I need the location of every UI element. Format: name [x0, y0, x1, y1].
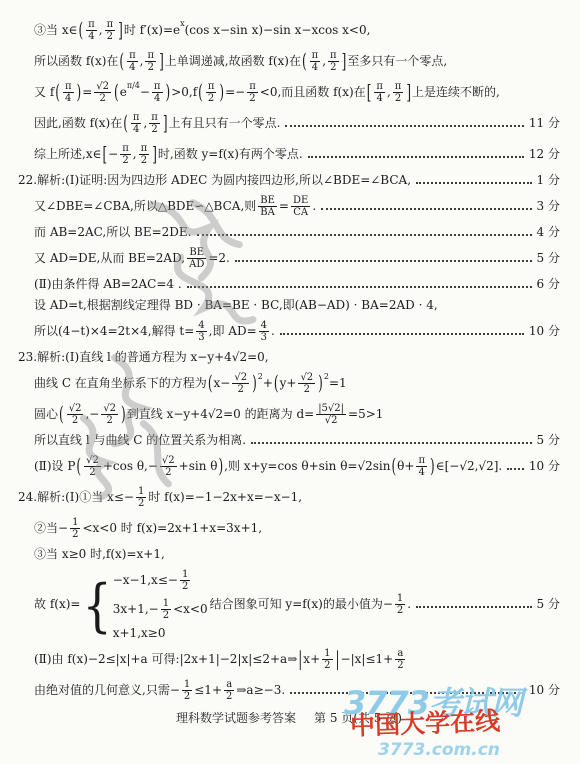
big-bracket: [: [102, 142, 107, 167]
score-label: 5 分: [537, 433, 560, 448]
dotted-leader: [308, 155, 524, 158]
fraction: 12: [180, 569, 190, 592]
cases-rows: −x−1,x≤−123x+1,−12<x<0x+1,x≥0: [113, 568, 208, 641]
denominator: 2: [136, 498, 146, 509]
math-text: ⇒a≥−3.: [236, 683, 285, 698]
math-text: ②当−: [34, 521, 68, 536]
numerator: π: [139, 143, 150, 155]
math-text: 22.解析:(Ⅰ)证明:因为四边形 ADEC 为圆内接四边形,所以∠BDE=∠B…: [18, 173, 411, 188]
numerator: √2: [84, 455, 101, 467]
numerator: π: [149, 112, 160, 124]
math-text: 上单调递减,故函数 f(x)在: [165, 54, 301, 69]
denominator: 4: [131, 124, 141, 135]
fraction: √22: [84, 455, 101, 478]
score-label: 3 分: [537, 199, 560, 214]
math-text: 又∠DBE=∠CBA,所以△BDE∽△BCA,则: [34, 199, 256, 214]
big-bracket: ]: [406, 80, 411, 105]
solution-line: 又 AD=DE,从而 BE=2AD,BEAD=2.5 分: [34, 246, 560, 271]
solution-line: 因此,函数 f(x)在(π4,π2]上有且只有一个零点.11 分: [34, 111, 560, 136]
math-text: −: [108, 147, 118, 162]
math-text: −x−1,x≤−: [113, 573, 178, 588]
big-bracket: ): [430, 454, 435, 479]
fraction: π2: [120, 143, 131, 166]
numerator: √2: [101, 403, 118, 415]
denominator: 2: [302, 384, 312, 395]
numerator: BE: [258, 195, 277, 207]
dotted-leader: [187, 285, 532, 288]
math-text: =2.: [208, 251, 230, 266]
math-text: −: [140, 85, 150, 100]
math-text: 23.解析:(Ⅰ)直线 l 的普通方程为 x−y+4√2=0,: [18, 350, 269, 365]
big-bracket: ]: [152, 142, 157, 167]
math-text: ,: [143, 116, 147, 131]
math-text: ③当 x≥0 时,f(x)=x+1,: [34, 547, 165, 562]
math-text: 故 f(x)=: [34, 597, 80, 612]
denominator: 2: [393, 93, 403, 104]
fraction: π2: [149, 112, 160, 135]
math-text: 所以函数 f(x)在: [34, 54, 118, 69]
numerator: π: [206, 81, 217, 93]
fraction: √22: [101, 403, 118, 426]
big-bracket: (: [119, 49, 124, 74]
fraction: π4: [63, 81, 74, 104]
fraction: π4: [127, 50, 138, 73]
fraction: π4: [374, 81, 385, 104]
math-text: 结合图象可知 y=f(x)的最小值为−: [210, 597, 393, 612]
math-text: −|x|≤1+: [341, 652, 394, 667]
fraction: π2: [247, 81, 258, 104]
denominator: 2: [149, 124, 159, 135]
numerator: π: [86, 19, 97, 31]
math-text: 曲线 C 在直角坐标系下的方程为: [34, 376, 207, 391]
big-bracket: (: [59, 402, 64, 427]
math-text: 时,函数 y=f(x)有两个零点.: [158, 147, 303, 162]
dotted-leader: [235, 259, 532, 262]
score-label: 4 分: [537, 225, 560, 240]
fraction: √22: [67, 403, 84, 426]
denominator: 2: [206, 93, 216, 104]
fraction: BEBA: [258, 195, 277, 218]
denominator: BA: [258, 207, 277, 218]
dotted-leader: [416, 181, 532, 184]
numerator: π: [247, 81, 258, 93]
numerator: a: [395, 648, 405, 660]
denominator: 2: [236, 384, 246, 395]
solution-line: 由绝对值的几何意义,只需−12≤1+a2⇒a≥−3.10 分: [34, 678, 560, 703]
footer-title: 理科数学试题参考答案: [176, 709, 296, 726]
math-text: ,: [99, 23, 103, 38]
numerator: π: [127, 50, 138, 62]
score-label: 10 分: [529, 683, 560, 698]
fraction: π4: [86, 19, 97, 42]
big-bracket: (: [76, 454, 81, 479]
dotted-leader: [280, 332, 524, 335]
math-text: 时 f′(x)=e: [124, 23, 180, 38]
denominator: 2: [322, 660, 332, 671]
fraction: π2: [139, 143, 150, 166]
numerator: 1: [70, 517, 80, 529]
math-text: e: [120, 85, 127, 100]
solution-line: 曲线 C 在直角坐标系下的方程为(x−√22)2+(y+√22)2=1: [34, 371, 560, 396]
math-text: 又 AD=DE,从而 BE=2AD,: [34, 251, 185, 266]
math-text: 因此,函数 f(x)在: [34, 116, 122, 131]
math-text: .: [271, 324, 275, 339]
math-text: 到直线 x−y+4√2=0 的距离为 d=: [127, 407, 314, 422]
numerator: π: [131, 112, 142, 124]
math-text: 设 AD=t,根据割线定理得 BD · BA=BE · BC,即(AB−AD) …: [34, 298, 438, 313]
math-text: =: [82, 85, 92, 100]
fraction: √22: [298, 372, 315, 395]
denominator: 4: [417, 467, 427, 478]
score-label: 1 分: [537, 173, 560, 188]
big-bracket: ]: [163, 111, 168, 136]
math-text: 综上所述,x∈: [34, 147, 101, 162]
solution-line: ③当 x∈(π4,π2]时 f′(x)=ex(cos x−sin x)−sin …: [34, 18, 560, 43]
numerator: π: [416, 455, 427, 467]
fraction: 12: [182, 679, 192, 702]
answer-sheet-page: ③当 x∈(π4,π2]时 f′(x)=ex(cos x−sin x)−sin …: [0, 0, 580, 726]
denominator: 2: [395, 605, 405, 616]
numerator: BE: [187, 247, 206, 259]
big-bracket: (: [114, 80, 119, 105]
superscript: π/4: [127, 81, 140, 91]
dotted-leader: [285, 124, 524, 127]
math-text: 又 f: [34, 85, 54, 100]
fraction: π4: [131, 112, 142, 135]
score-label: 12 分: [529, 147, 560, 162]
solution-lines: ③当 x∈(π4,π2]时 f′(x)=ex(cos x−sin x)−sin …: [18, 18, 560, 703]
numerator: π: [374, 81, 385, 93]
math-text: (Ⅱ)设 P: [34, 459, 75, 474]
denominator: 2: [146, 62, 156, 73]
score-label: 10 分: [529, 459, 560, 474]
dotted-leader: [251, 441, 531, 444]
solution-line: 24.解析:(Ⅰ)①当 x≤−12时 f(x)=−1−2x+x=−x−1,: [18, 485, 560, 510]
denominator: 2: [139, 155, 149, 166]
fraction: √22: [160, 455, 177, 478]
math-text: ,: [140, 54, 144, 69]
solution-line: 设 AD=t,根据割线定理得 BD · BA=BE · BC,即(AB−AD) …: [34, 298, 560, 313]
denominator: √2: [323, 415, 340, 426]
denominator: 3: [259, 332, 269, 343]
math-text: +sin θ: [179, 459, 218, 474]
numerator: π: [393, 81, 404, 93]
big-bracket: ]: [342, 49, 347, 74]
big-bracket: |: [336, 647, 340, 672]
denominator: 4: [374, 93, 384, 104]
solution-line: 圆心(√22,−√22)到直线 x−y+4√2=0 的距离为 d=|5√2|√2…: [34, 402, 560, 427]
solution-line: (Ⅱ)设 P(√22+cos θ,−√22+sin θ),则 x+y=cos θ…: [34, 454, 560, 479]
fraction: a2: [224, 679, 234, 702]
score-label: 6 分: [537, 277, 560, 292]
math-text: ,: [322, 54, 326, 69]
solution-line: 所以直线 l 与曲线 C 的位置关系为相离.5 分: [34, 433, 560, 448]
fraction: |5√2|√2: [316, 403, 346, 426]
math-text: ,即 AD=: [209, 324, 257, 339]
math-text: <x<0: [173, 602, 208, 617]
big-bracket: ): [318, 371, 323, 396]
solution-line: 所以(4−t)×4=2t×4,解得 t=43,即 AD=43.10 分: [34, 319, 560, 344]
denominator: 2: [70, 415, 80, 426]
fraction: DECA: [291, 195, 310, 218]
fraction: π2: [145, 50, 156, 73]
denominator: 4: [152, 93, 162, 104]
watermark-domain: 3773.com.cn: [378, 740, 500, 760]
numerator: π: [105, 19, 116, 31]
solution-line: 所以函数 f(x)在(π4,π2]上单调递减,故函数 f(x)在(π4,π2]至…: [34, 49, 560, 74]
big-bracket: (: [198, 80, 203, 105]
fraction: √22: [232, 372, 249, 395]
big-bracket: ): [252, 371, 257, 396]
score-label: 10 分: [529, 324, 560, 339]
math-text: y+: [280, 376, 297, 391]
big-bracket: (: [55, 80, 60, 105]
cases-row: −x−1,x≤−12: [113, 568, 208, 593]
dotted-leader: [290, 691, 524, 694]
page-footer: 理科数学试题参考答案 第 5 页(共 5 页): [18, 709, 560, 726]
fraction: 43: [259, 320, 269, 343]
fraction: 12: [136, 486, 146, 509]
math-text: +cos θ,−: [103, 459, 158, 474]
numerator: 1: [136, 486, 146, 498]
fraction: π2: [393, 81, 404, 104]
numerator: DE: [291, 195, 310, 207]
denominator: 2: [104, 415, 114, 426]
math-text: .: [312, 199, 316, 214]
numerator: π: [328, 50, 339, 62]
numerator: √2: [232, 372, 249, 384]
numerator: 4: [196, 320, 206, 332]
math-text: 圆心: [34, 407, 58, 422]
big-bracket: (: [78, 18, 83, 43]
solution-line: (Ⅱ)由条件得 AB=2AC=4 .6 分: [34, 277, 560, 292]
big-bracket: ): [218, 454, 223, 479]
fraction: π4: [416, 455, 427, 478]
denominator: 4: [63, 93, 73, 104]
numerator: a: [224, 679, 234, 691]
big-bracket: ): [77, 80, 82, 105]
denominator: AD: [187, 259, 206, 270]
denominator: 2: [105, 31, 115, 42]
numerator: 1: [395, 593, 405, 605]
big-bracket: (: [391, 454, 396, 479]
dotted-leader: [507, 467, 524, 470]
solution-line: 23.解析:(Ⅰ)直线 l 的普通方程为 x−y+4√2=0,: [18, 350, 560, 365]
math-text: +: [263, 376, 273, 391]
numerator: |5√2|: [316, 403, 346, 415]
fraction: π2: [328, 50, 339, 73]
solution-line: ③当 x≥0 时,f(x)=x+1,: [34, 547, 560, 562]
big-bracket: (: [208, 371, 213, 396]
math-text: ,: [387, 85, 391, 100]
denominator: 2: [328, 62, 338, 73]
math-text: .: [407, 597, 411, 612]
fraction: 43: [196, 320, 206, 343]
math-text: θ+: [397, 459, 414, 474]
piecewise-cases: {−x−1,x≤−123x+1,−12<x<0x+1,x≥0: [82, 568, 207, 641]
denominator: 2: [163, 467, 173, 478]
math-text: 由绝对值的几何意义,只需−: [34, 683, 180, 698]
numerator: √2: [298, 372, 315, 384]
fraction: 12: [70, 517, 80, 540]
fraction: π2: [206, 81, 217, 104]
solution-line: 22.解析:(Ⅰ)证明:因为四边形 ADEC 为圆内接四边形,所以∠BDE=∠B…: [18, 173, 560, 188]
cases-row: 3x+1,−12<x<0: [113, 597, 208, 622]
denominator: 2: [224, 691, 234, 702]
numerator: π: [120, 143, 131, 155]
numerator: 4: [259, 320, 269, 332]
solution-line: ②当−12<x<0 时 f(x)=2x+1+x=3x+1,: [34, 516, 560, 541]
denominator: 3: [196, 332, 206, 343]
math-text: x+: [303, 652, 320, 667]
fraction: a2: [395, 648, 405, 671]
math-text: =−: [225, 85, 245, 100]
solution-line: 故 f(x)={−x−1,x≤−123x+1,−12<x<0x+1,x≥0结合图…: [34, 568, 560, 641]
denominator: CA: [291, 207, 310, 218]
big-bracket: |: [298, 647, 302, 672]
denominator: 2: [120, 155, 130, 166]
denominator: 2: [395, 660, 405, 671]
math-text: 所以(4−t)×4=2t×4,解得 t=: [34, 324, 194, 339]
math-text: ,: [133, 147, 137, 162]
denominator: 2: [97, 93, 107, 104]
math-text: (cos x−sin x)−sin x−xcos x<0,: [185, 23, 371, 38]
math-text: =: [279, 199, 289, 214]
numerator: π: [152, 81, 163, 93]
big-bracket: ): [219, 80, 224, 105]
math-text: 而 AB=2AC,所以 BE=2DE.: [34, 225, 192, 240]
denominator: 2: [182, 691, 192, 702]
math-text: <0,而且函数 f(x)在: [260, 85, 366, 100]
math-text: ③当 x∈: [34, 23, 77, 38]
math-text: 至多只有一个零点,: [347, 54, 447, 69]
big-bracket: ]: [159, 49, 164, 74]
solution-line: 又 f(π4)=√22(eπ/4−π4)>0,f(π2)=−π2<0,而且函数 …: [34, 80, 560, 105]
math-text: 时 f(x)=−1−2x+x=−x−1,: [148, 490, 302, 505]
denominator: 4: [310, 62, 320, 73]
math-text: >0,f: [171, 85, 197, 100]
solution-line: 又∠DBE=∠CBA,所以△BDE∽△BCA,则BEBA=DECA.3 分: [34, 194, 560, 219]
math-text: x−: [214, 376, 231, 391]
denominator: 2: [247, 93, 257, 104]
math-text: x+1,x≥0: [113, 626, 166, 641]
big-bracket: (: [123, 111, 128, 136]
math-text: 所以直线 l 与曲线 C 的位置关系为相离.: [34, 433, 246, 448]
fraction: √22: [94, 81, 111, 104]
solution-line: (Ⅱ)由 f(x)−2≤|x|+a 可得:|2x+1|−2|x|≤2+a⇒|x+…: [34, 647, 560, 672]
math-text: =1: [329, 376, 347, 391]
big-bracket: (: [274, 371, 279, 396]
numerator: π: [310, 50, 321, 62]
fraction: π4: [152, 81, 163, 104]
fraction: 12: [161, 598, 171, 621]
math-text: ,−: [85, 407, 99, 422]
dotted-leader: [321, 207, 531, 210]
footer-page-number: 第 5 页(共 5 页): [314, 709, 402, 726]
fraction: 12: [395, 593, 405, 616]
big-bracket: ]: [118, 18, 123, 43]
solution-line: 综上所述,x∈[−π2,π2]时,函数 y=f(x)有两个零点.12 分: [34, 142, 560, 167]
denominator: 2: [87, 467, 97, 478]
math-text: ≤1+: [194, 683, 222, 698]
fraction: π2: [105, 19, 116, 42]
numerator: 1: [161, 598, 171, 610]
big-bracket: [: [367, 80, 372, 105]
fraction: 12: [322, 648, 332, 671]
score-label: 11 分: [529, 116, 560, 131]
math-text: ,则 x+y=cos θ+sin θ=√2sin: [224, 459, 390, 474]
math-text: (Ⅱ)由条件得 AB=2AC=4 .: [34, 277, 182, 292]
dotted-leader: [416, 605, 531, 608]
denominator: 4: [86, 31, 96, 42]
math-text: 3x+1,−: [113, 602, 159, 617]
math-text: =5>1: [348, 407, 383, 422]
denominator: 2: [180, 581, 190, 592]
cases-brace: {: [82, 568, 111, 641]
math-text: ∈[−√2,√2].: [436, 459, 503, 474]
math-text: <x<0 时 f(x)=2x+1+x=3x+1,: [82, 521, 262, 536]
cases-row: x+1,x≥0: [113, 626, 208, 641]
solution-line: 而 AB=2AC,所以 BE=2DE.4 分: [34, 225, 560, 240]
denominator: 2: [161, 610, 171, 621]
numerator: √2: [94, 81, 111, 93]
fraction: BEAD: [187, 247, 206, 270]
score-label: 5 分: [537, 597, 560, 612]
numerator: π: [63, 81, 74, 93]
math-text: 上有且只有一个零点.: [169, 116, 281, 131]
math-text: (Ⅱ)由 f(x)−2≤|x|+a 可得:|2x+1|−2|x|≤2+a⇒: [34, 652, 297, 667]
numerator: 1: [322, 648, 332, 660]
math-text: 上是连续不断的,: [412, 85, 500, 100]
numerator: 1: [182, 679, 192, 691]
score-label: 5 分: [537, 251, 560, 266]
numerator: √2: [67, 403, 84, 415]
big-bracket: ): [121, 402, 126, 427]
dotted-leader: [197, 233, 532, 236]
denominator: 2: [70, 529, 80, 540]
big-bracket: ): [166, 80, 171, 105]
numerator: π: [145, 50, 156, 62]
big-bracket: (: [302, 49, 307, 74]
fraction: π4: [310, 50, 321, 73]
numerator: √2: [160, 455, 177, 467]
denominator: 4: [127, 62, 137, 73]
numerator: 1: [180, 569, 190, 581]
math-text: 24.解析:(Ⅰ)①当 x≤−: [18, 490, 134, 505]
